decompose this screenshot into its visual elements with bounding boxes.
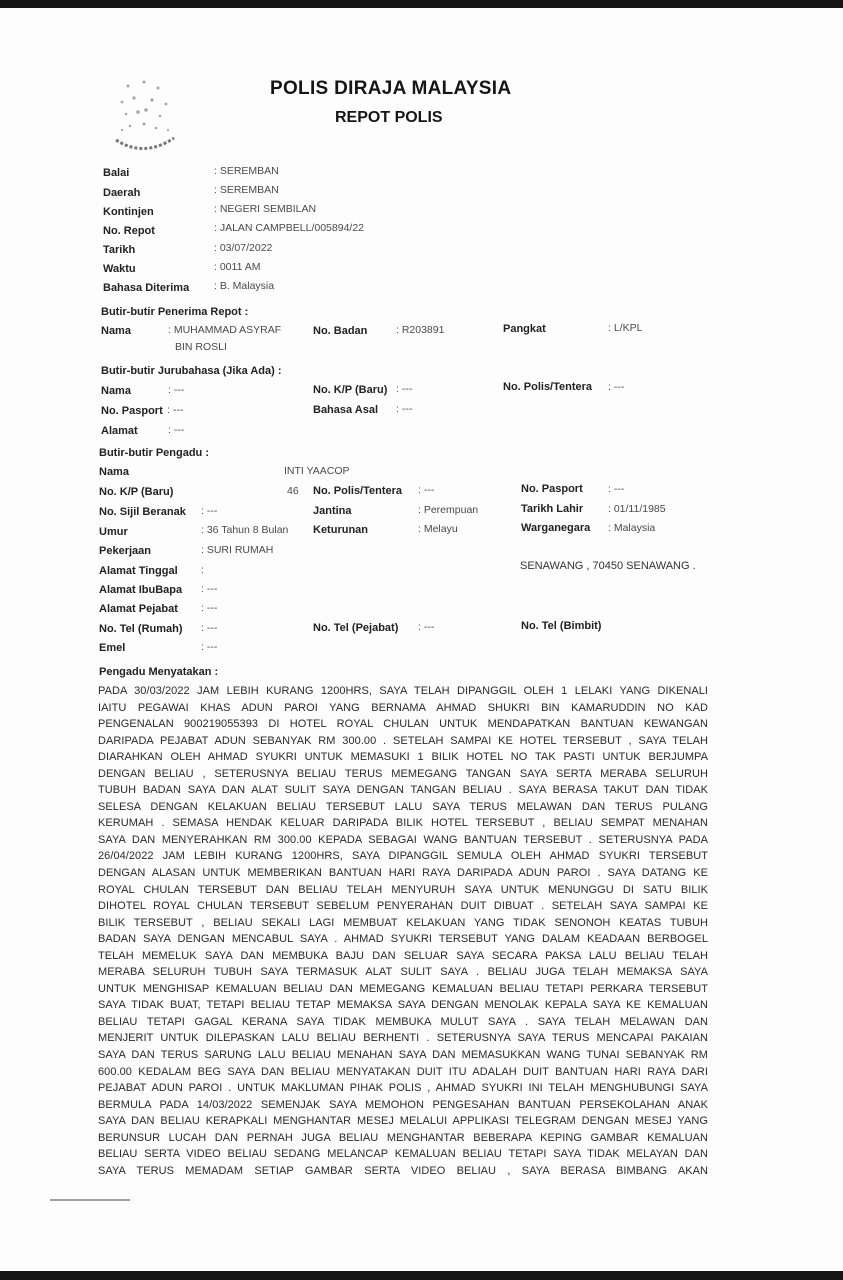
complainant-police-value: : --- xyxy=(418,484,434,496)
tarikh-value: : 03/07/2022 xyxy=(214,242,272,254)
interpreter-passport-value: : --- xyxy=(167,404,183,416)
age-label: Umur xyxy=(99,526,128,538)
birthcert-value: : --- xyxy=(201,505,217,517)
parents-address-value: : --- xyxy=(201,583,217,595)
kontinjen-value: : NEGERI SEMBILAN xyxy=(214,203,316,215)
statement-line: SAYA DAN TERUS SARUNG LALU BELIAU MENAHA… xyxy=(98,1047,708,1064)
balai-label: Balai xyxy=(103,167,129,179)
balai-value: : SEREMBAN xyxy=(214,165,279,177)
statement-body: PADA 30/03/2022 JAM LEBIH KURANG 1200HRS… xyxy=(98,683,708,1179)
tel-home-label: No. Tel (Rumah) xyxy=(99,623,183,635)
statement-line: MENJERIT UNTUK DILEPASKAN LALU BELIAU BE… xyxy=(98,1030,708,1047)
rank-value: : L/KPL xyxy=(608,322,642,334)
badge-label: No. Badan xyxy=(313,325,367,337)
job-label: Pekerjaan xyxy=(99,545,151,557)
statement-line: PADA 30/03/2022 JAM LEBIH KURANG 1200HRS… xyxy=(98,683,708,700)
parents-address-label: Alamat IbuBapa xyxy=(99,584,182,596)
complainant-police-label: No. Polis/Tentera xyxy=(313,485,402,497)
statement-line: 600.00 KEDALAM BEG SAYA DAN BELIAU MENYA… xyxy=(98,1064,708,1081)
tel-home-value: : --- xyxy=(201,622,217,634)
statement-line: SELESA DENGAN KELAKUAN BELIAU TERSEBUT L… xyxy=(98,799,708,816)
waktu-value: : 0011 AM xyxy=(214,261,261,273)
statement-line: PENGENALAN 900219055393 DI HOTEL ROYAL C… xyxy=(98,716,708,733)
gender-value: : Perempuan xyxy=(418,504,478,516)
interpreter-name-label: Nama xyxy=(101,385,131,397)
statement-line: UNTUK MENGHISAP KEMALUAN BELIAU DAN MEME… xyxy=(98,981,708,998)
complainant-heading: Butir-butir Pengadu : xyxy=(99,447,209,459)
statement-line: BILIK TERSEBUT , BELIAU SEKALI LAGI MEMB… xyxy=(98,915,708,932)
statement-line: BELIAU TETAPI GAGAL KERANA SAYA TIDAK ME… xyxy=(98,1014,708,1031)
interpreter-address-label: Alamat xyxy=(101,425,138,437)
statement-line: SAYA TIDAK BUAT, TETAPI BELIAU TETAP MEM… xyxy=(98,997,708,1014)
badge-value: : R203891 xyxy=(396,324,444,336)
no-repot-value: : JALAN CAMPBELL/005894/22 xyxy=(214,222,364,234)
office-address-label: Alamat Pejabat xyxy=(99,603,178,615)
page-title: POLIS DIRAJA MALAYSIA xyxy=(270,78,511,100)
interpreter-kp-label: No. K/P (Baru) xyxy=(313,384,387,396)
job-value: : SURI RUMAH xyxy=(201,544,273,556)
top-black-bar xyxy=(0,0,843,8)
statement-line: PEJABAT ADUN PAROI . UNTUK MAKLUMAN PIHA… xyxy=(98,1080,708,1097)
interpreter-police-label: No. Polis/Tentera xyxy=(503,381,592,393)
page-subtitle: REPOT POLIS xyxy=(335,109,443,127)
statement-line: DENGAN BELIAU , SETERUSNYA BELIAU TERUS … xyxy=(98,766,708,783)
statement-line: KERUMAH . SEMASA HENDAK KELUAR DARIPADA … xyxy=(98,815,708,832)
office-address-value: : --- xyxy=(201,602,217,614)
tel-office-value: : --- xyxy=(418,621,434,633)
tel-mobile-label: No. Tel (Bimbit) xyxy=(521,620,601,632)
complainant-kp-value: 46 xyxy=(287,485,299,497)
dob-label: Tarikh Lahir xyxy=(521,503,583,515)
no-repot-label: No. Repot xyxy=(103,225,155,237)
statement-line: DIHOTEL ROYAL CHULAN TERSEBUT SEBELUM PE… xyxy=(98,898,708,915)
email-label: Emel xyxy=(99,642,125,654)
age-value: : 36 Tahun 8 Bulan xyxy=(201,524,288,536)
daerah-value: : SEREMBAN xyxy=(214,184,279,196)
complainant-passport-label: No. Pasport xyxy=(521,483,583,495)
daerah-label: Daerah xyxy=(103,187,140,199)
statement-line: SAYA TERUS MEMADAM SETIAP GAMBAR SERTA V… xyxy=(98,1163,708,1180)
bahasa-diterima-value: : B. Malaysia xyxy=(214,280,274,292)
interpreter-police-value: : --- xyxy=(608,381,624,393)
interpreter-heading: Butir-butir Jurubahasa (Jika Ada) : xyxy=(101,365,282,377)
home-address-value: SENAWANG , 70450 SENAWANG . xyxy=(520,560,696,572)
statement-line: BELIAU SERTA VIDEO BELIAU SEDANG MELANCA… xyxy=(98,1146,708,1163)
statement-line: SAYA DAN BELIAU KERAPKALI MENGHANTAR MES… xyxy=(98,1113,708,1130)
waktu-label: Waktu xyxy=(103,263,136,275)
rank-label: Pangkat xyxy=(503,323,546,335)
receiver-heading: Butir-butir Penerima Repot : xyxy=(101,306,248,318)
birthcert-label: No. Sijil Beranak xyxy=(99,506,186,518)
statement-line: TUBUH BADAN SAYA DAN ALAT SULIT SAYA DEN… xyxy=(98,782,708,799)
statement-line: SAYA DAN MENYERAHKAN RM 300.00 KEPADA SE… xyxy=(98,832,708,849)
interpreter-lang-value: : --- xyxy=(396,403,412,415)
pdrm-crest-icon xyxy=(108,74,180,160)
receiver-name-value: : MUHAMMAD ASYRAF xyxy=(168,324,281,336)
dob-value: : 01/11/1985 xyxy=(608,503,666,515)
statement-line: MERABA SELURUH TUBUH SAYA TERMASUK ALAT … xyxy=(98,964,708,981)
citizen-label: Warganegara xyxy=(521,522,590,534)
receiver-name-label: Nama xyxy=(101,325,131,337)
complainant-kp-label: No. K/P (Baru) xyxy=(99,486,173,498)
kontinjen-label: Kontinjen xyxy=(103,206,154,218)
complainant-passport-value: : --- xyxy=(608,483,624,495)
home-address-label: Alamat Tinggal xyxy=(99,565,178,577)
complainant-name-value: INTI YAACOP xyxy=(284,465,350,477)
interpreter-name-value: : --- xyxy=(168,384,184,396)
statement-heading: Pengadu Menyatakan : xyxy=(99,666,218,678)
gender-label: Jantina xyxy=(313,505,352,517)
interpreter-kp-value: : --- xyxy=(396,383,412,395)
complainant-name-label: Nama xyxy=(99,466,129,478)
statement-line: DENGAN ALASAN UNTUK MEMBERIKAN BANTUAN H… xyxy=(98,865,708,882)
statement-line: BERUNSUR LUCAH DAN PERNAH JUGA BELIAU ME… xyxy=(98,1130,708,1147)
bottom-black-bar xyxy=(0,1271,843,1280)
receiver-name-value-2: BIN ROSLI xyxy=(175,341,227,353)
statement-line: IAITU PEGAWAI KHAS ADUN PAROI YANG BERNA… xyxy=(98,700,708,717)
bahasa-diterima-label: Bahasa Diterima xyxy=(103,282,189,294)
interpreter-address-value: : --- xyxy=(168,424,184,436)
statement-line: 26/04/2022 JAM LEBIH KURANG 1200HRS, SAY… xyxy=(98,848,708,865)
statement-line: TELAH MEMELUK SAYA DAN MEMBUKA BAJU DAN … xyxy=(98,948,708,965)
statement-line: DARIPADA PEJABAT ADUN SEBANYAK RM 300.00… xyxy=(98,733,708,750)
home-address-prefix: : xyxy=(201,564,204,576)
statement-line: ROYAL CHULAN TERSEBUT DAN BELIAU TELAH M… xyxy=(98,882,708,899)
tarikh-label: Tarikh xyxy=(103,244,135,256)
race-label: Keturunan xyxy=(313,524,368,536)
statement-line: BADAN SAYA DENGAN MENCABUL SAYA . AHMAD … xyxy=(98,931,708,948)
citizen-value: : Malaysia xyxy=(608,522,655,534)
race-value: : Melayu xyxy=(418,523,458,535)
interpreter-lang-label: Bahasa Asal xyxy=(313,404,378,416)
scan-mark xyxy=(50,1199,130,1201)
statement-line: DIARAHKAN OLEH AHMAD SYUKRI UNTUK MEMASU… xyxy=(98,749,708,766)
statement-line: BERMULA PADA 14/03/2022 SEMENJAK SAYA ME… xyxy=(98,1097,708,1114)
interpreter-passport-label: No. Pasport xyxy=(101,405,163,417)
email-value: : --- xyxy=(201,641,217,653)
tel-office-label: No. Tel (Pejabat) xyxy=(313,622,398,634)
